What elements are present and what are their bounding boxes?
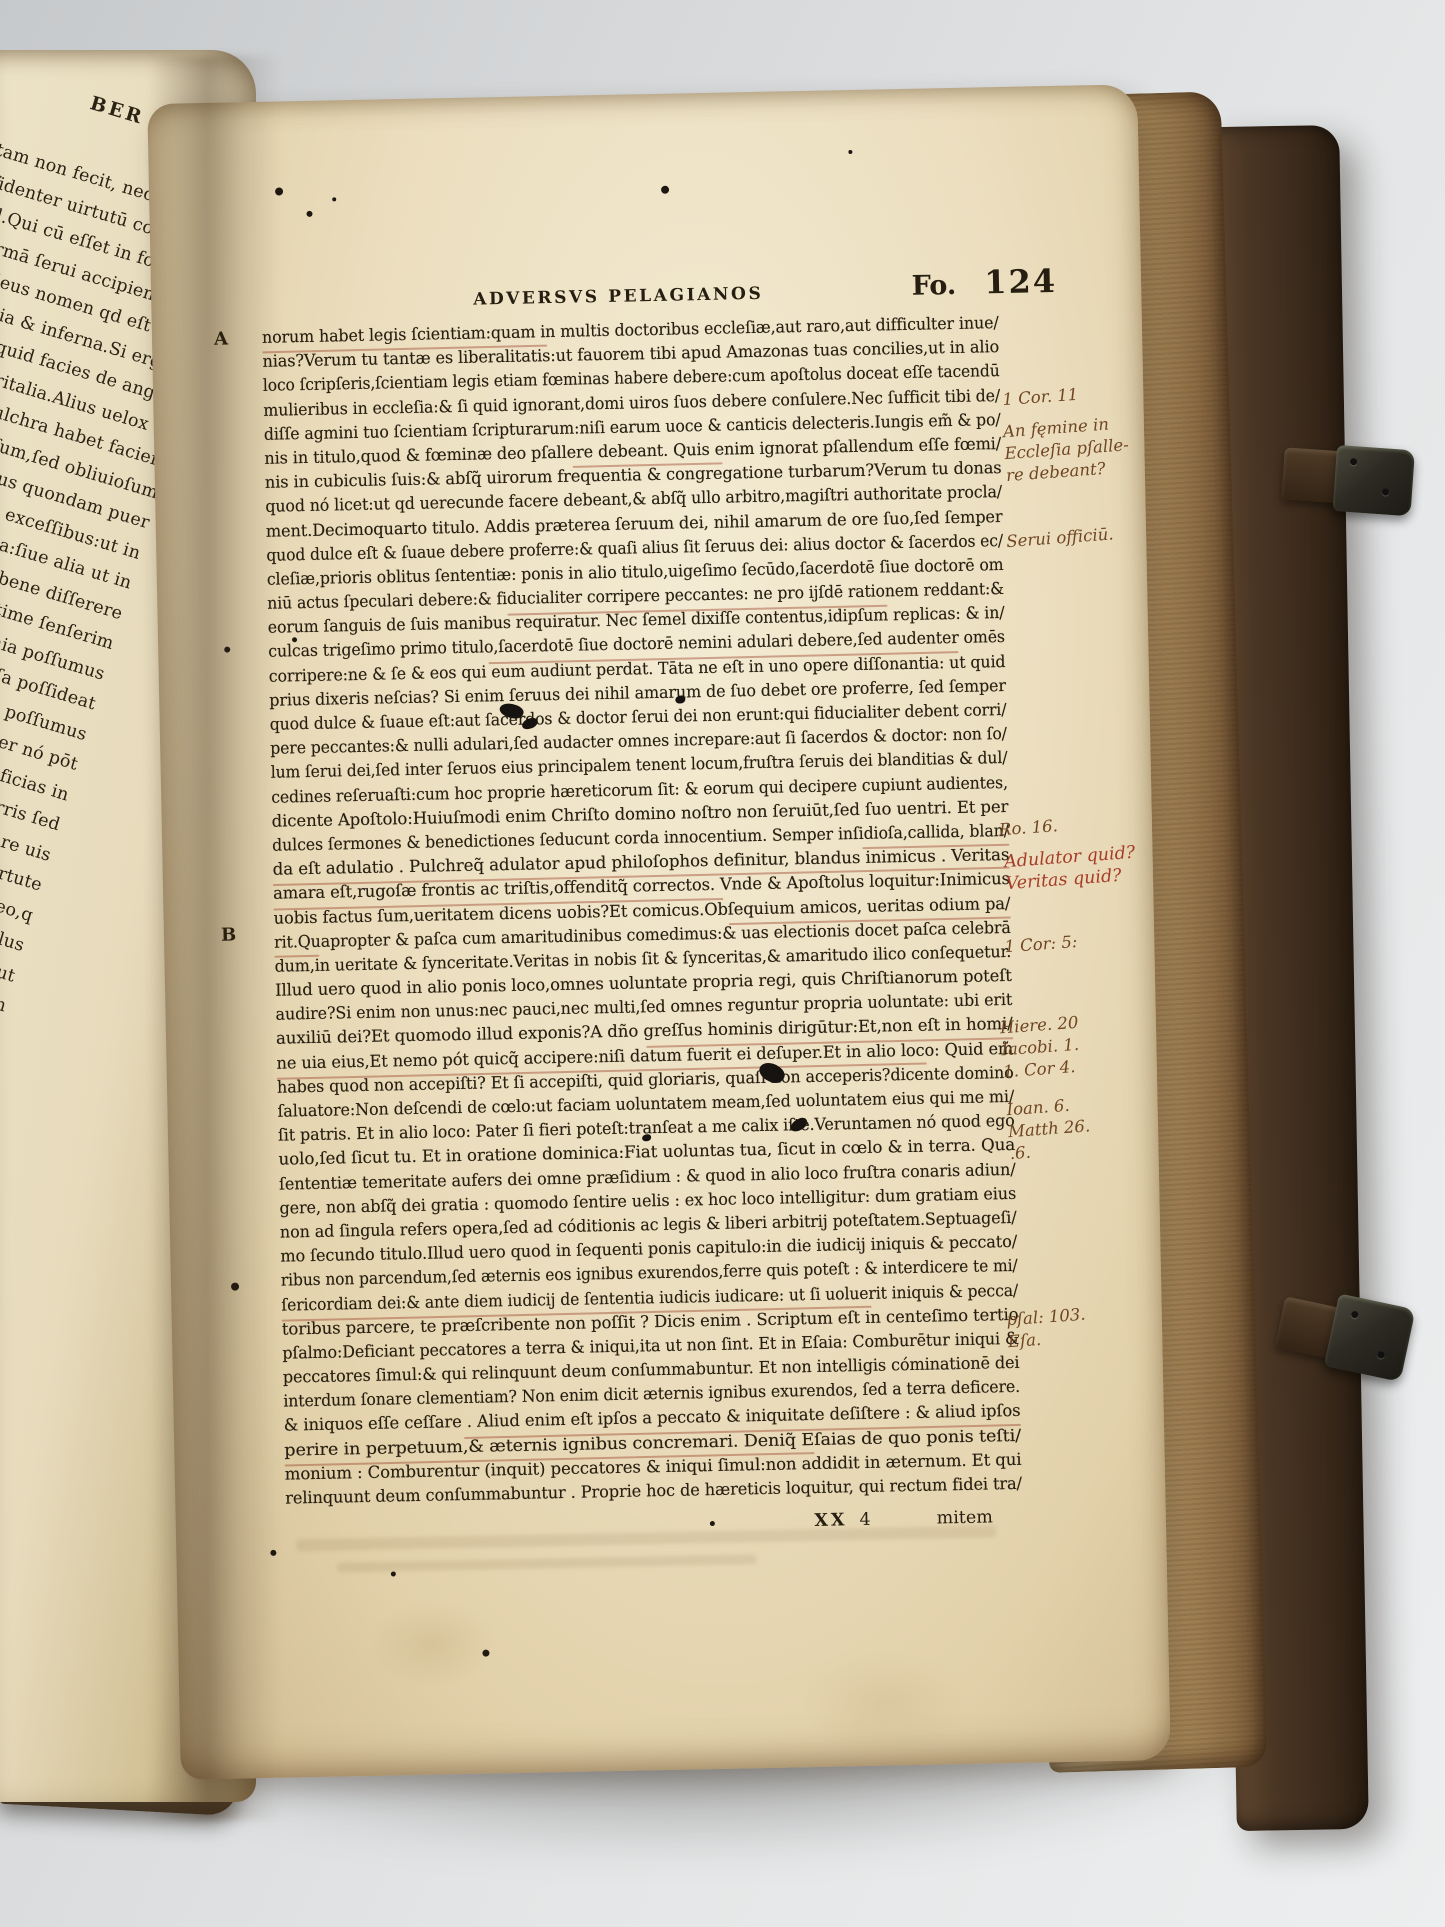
upper-clasp <box>1279 441 1420 540</box>
paragraph-marker-b: B <box>221 924 237 945</box>
page-content: ADVERSVS PELAGIANOS Fo. 124 A B norum ha… <box>147 84 1170 1780</box>
wormhole-spot <box>848 150 852 154</box>
wormhole-spot <box>224 647 230 653</box>
right-page: ADVERSVS PELAGIANOS Fo. 124 A B norum ha… <box>147 84 1170 1780</box>
wormhole-spot <box>275 187 283 195</box>
margin-note-1cor5: 1 Cor: 5: <box>1004 925 1165 959</box>
wormhole-spot <box>332 197 336 201</box>
clasp-pin <box>1350 458 1357 465</box>
wormhole-spot <box>391 1571 396 1576</box>
margin-note-hiere20: Hiere. 20 Iacobi. 1. 1. Cor 4. <box>999 1006 1163 1083</box>
wormhole-spot <box>231 1283 239 1291</box>
folio-value: 124 <box>984 262 1058 301</box>
wormhole-spot <box>661 186 669 194</box>
margin-note-adulator: Adulator quid? Veritas quid? <box>1003 840 1166 895</box>
clasp-pin <box>1351 1310 1359 1318</box>
book-photo: BER PRIMVS qui peccatam non fecit, nec d… <box>0 0 1445 1927</box>
clasp-pin <box>1377 1351 1385 1359</box>
clasp-plate <box>1333 445 1415 516</box>
folio-number: Fo. 124 <box>911 262 1057 303</box>
wormhole-spot <box>270 1550 276 1556</box>
show-through-text <box>337 1554 757 1572</box>
margin-note-serui-officium: Serui officiū. <box>1006 520 1167 554</box>
main-text-block: norum habet legis ſcientiam:quam in mult… <box>262 313 1023 1513</box>
margin-note-ro16: Ro. 16. <box>998 808 1159 842</box>
running-title: ADVERSVS PELAGIANOS <box>473 284 763 310</box>
paragraph-marker-a: A <box>214 329 228 350</box>
folio-label: Fo. <box>911 270 956 302</box>
margin-note-psal103: pſal: 103. Eſa. <box>1006 1298 1169 1353</box>
page-stain <box>367 1597 499 1690</box>
clasp-plate <box>1324 1293 1416 1382</box>
wormhole-spot <box>710 1521 715 1526</box>
margin-note-an-foemine: An fęmine in Eccleſia pſalle- re debeant… <box>1002 410 1166 487</box>
clasp-pin <box>1382 488 1389 495</box>
wormhole-spot <box>292 637 297 642</box>
page-stain <box>798 1648 970 1761</box>
margin-note-1cor11: 1 Cor. 11 <box>1002 378 1163 412</box>
margin-note-ioan6: Ioan. 6. Matth 26. .6. <box>1006 1088 1170 1165</box>
wormhole-spot <box>306 211 312 217</box>
